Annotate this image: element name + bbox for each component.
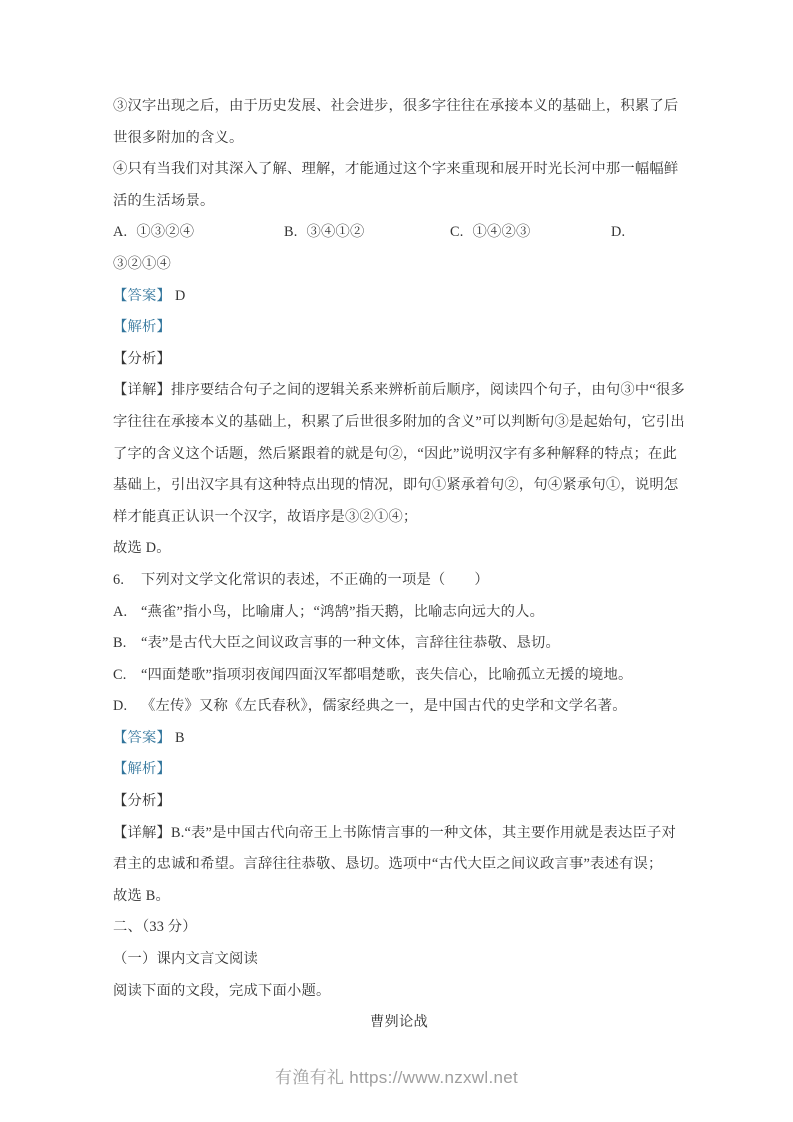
q5-detail-paragraph: 【详解】排序要结合句子之间的逻辑关系来辨析前后顺序，阅读四个句子，由句③中“很多… xyxy=(113,375,685,533)
q6-option-c-label: C. xyxy=(113,660,141,692)
q5-option-b-value: ③④①② xyxy=(307,224,365,240)
q6-fenxi-line: 【分析】 xyxy=(113,786,685,818)
q6-number: 6. xyxy=(113,565,141,597)
q6-option-a-text: “燕雀”指小鸟，比喻庸人；“鸿鹄”指天鹅，比喻志向远大的人。 xyxy=(141,604,544,620)
q5-option-b: B.③④①② xyxy=(284,217,365,249)
q5-option-a-value: ①③②④ xyxy=(136,224,194,240)
q6-answer-line: 【答案】B xyxy=(113,723,685,755)
exam-answer-document-page: ③汉字出现之后，由于历史发展、社会进步，很多字往往在承接本义的基础上，积累了后世… xyxy=(0,0,793,1122)
q5-sentence-4: ④只有当我们对其深入了解、理解，才能通过这个字来重现和展开时光长河中那一幅幅鲜活… xyxy=(113,154,685,217)
q6-option-b-text: “表”是古代大臣之间议政言事的一种文体，言辞往往恭敬、恳切。 xyxy=(141,635,560,651)
q5-option-c-label: C. xyxy=(450,224,464,240)
q6-option-b: B.“表”是古代大臣之间议政言事的一种文体，言辞往往恭敬、恳切。 xyxy=(113,628,685,660)
q5-sentence-3: ③汉字出现之后，由于历史发展、社会进步，很多字往往在承接本义的基础上，积累了后世… xyxy=(113,91,685,154)
q5-answer-value: D xyxy=(175,288,186,304)
q6-jiexi-line: 【解析】 xyxy=(113,754,685,786)
q5-jiexi-line: 【解析】 xyxy=(113,312,685,344)
q5-answer-line: 【答案】D xyxy=(113,281,685,313)
footer-watermark: 有渔有礼 https://www.nzxwl.net xyxy=(0,1066,793,1090)
q5-conclusion: 故选 D。 xyxy=(113,533,685,565)
q6-option-d-label: D. xyxy=(113,691,141,723)
q5-option-a-label: A. xyxy=(113,224,127,240)
q5-option-c: C.①④②③ xyxy=(450,217,531,249)
reading-instruction: 阅读下面的文段，完成下面小题。 xyxy=(113,976,685,1008)
q6-conclusion: 故选 B。 xyxy=(113,881,685,913)
passage-title: 曹刿论战 xyxy=(113,1007,685,1039)
section-2-heading: 二、（33 分） xyxy=(113,912,685,944)
q6-option-d: D.《左传》又称《左氏春秋》，儒家经典之一，是中国古代的史学和文学名著。 xyxy=(113,691,685,723)
q6-option-c: C.“四面楚歌”指项羽夜闻四面汉军都唱楚歌，丧失信心，比喻孤立无援的境地。 xyxy=(113,660,685,692)
q6-option-d-text: 《左传》又称《左氏春秋》，儒家经典之一，是中国古代的史学和文学名著。 xyxy=(141,698,627,714)
q5-option-b-label: B. xyxy=(284,224,298,240)
q5-option-c-value: ①④②③ xyxy=(473,224,531,240)
q6-stem: 下列对文学文化常识的表述，不正确的一项是（ ） xyxy=(141,572,489,588)
q5-option-d-value: ③②①④ xyxy=(113,249,685,281)
q6-option-c-text: “四面楚歌”指项羽夜闻四面汉军都唱楚歌，丧失信心，比喻孤立无援的境地。 xyxy=(141,667,633,683)
q5-option-d-label: D. xyxy=(611,217,625,249)
q6-jiexi-label: 【解析】 xyxy=(113,761,171,777)
q5-option-a: A.①③②④ xyxy=(113,217,194,249)
document-body: ③汉字出现之后，由于历史发展、社会进步，很多字往往在承接本义的基础上，积累了后世… xyxy=(113,91,685,1039)
q6-option-a: A.“燕雀”指小鸟，比喻庸人；“鸿鹄”指天鹅，比喻志向远大的人。 xyxy=(113,597,685,629)
q6-stem-line: 6.下列对文学文化常识的表述，不正确的一项是（ ） xyxy=(113,565,685,597)
section-2-subheading: （一）课内文言文阅读 xyxy=(113,944,685,976)
q6-answer-label: 【答案】 xyxy=(113,730,171,746)
q6-answer-value: B xyxy=(175,730,185,746)
q6-option-b-label: B. xyxy=(113,628,141,660)
footer-credit-text: 有渔有礼 https://www.nzxwl.net xyxy=(275,1068,518,1087)
q5-answer-label: 【答案】 xyxy=(113,288,171,304)
q5-options-row: A.①③②④ B.③④①② C.①④②③ D. xyxy=(113,217,685,249)
q6-detail-paragraph: 【详解】B.“表”是中国古代向帝王上书陈情言事的一种文体，其主要作用就是表达臣子… xyxy=(113,818,685,881)
q5-jiexi-label: 【解析】 xyxy=(113,319,171,335)
q5-fenxi-line: 【分析】 xyxy=(113,344,685,376)
q6-option-a-label: A. xyxy=(113,597,141,629)
